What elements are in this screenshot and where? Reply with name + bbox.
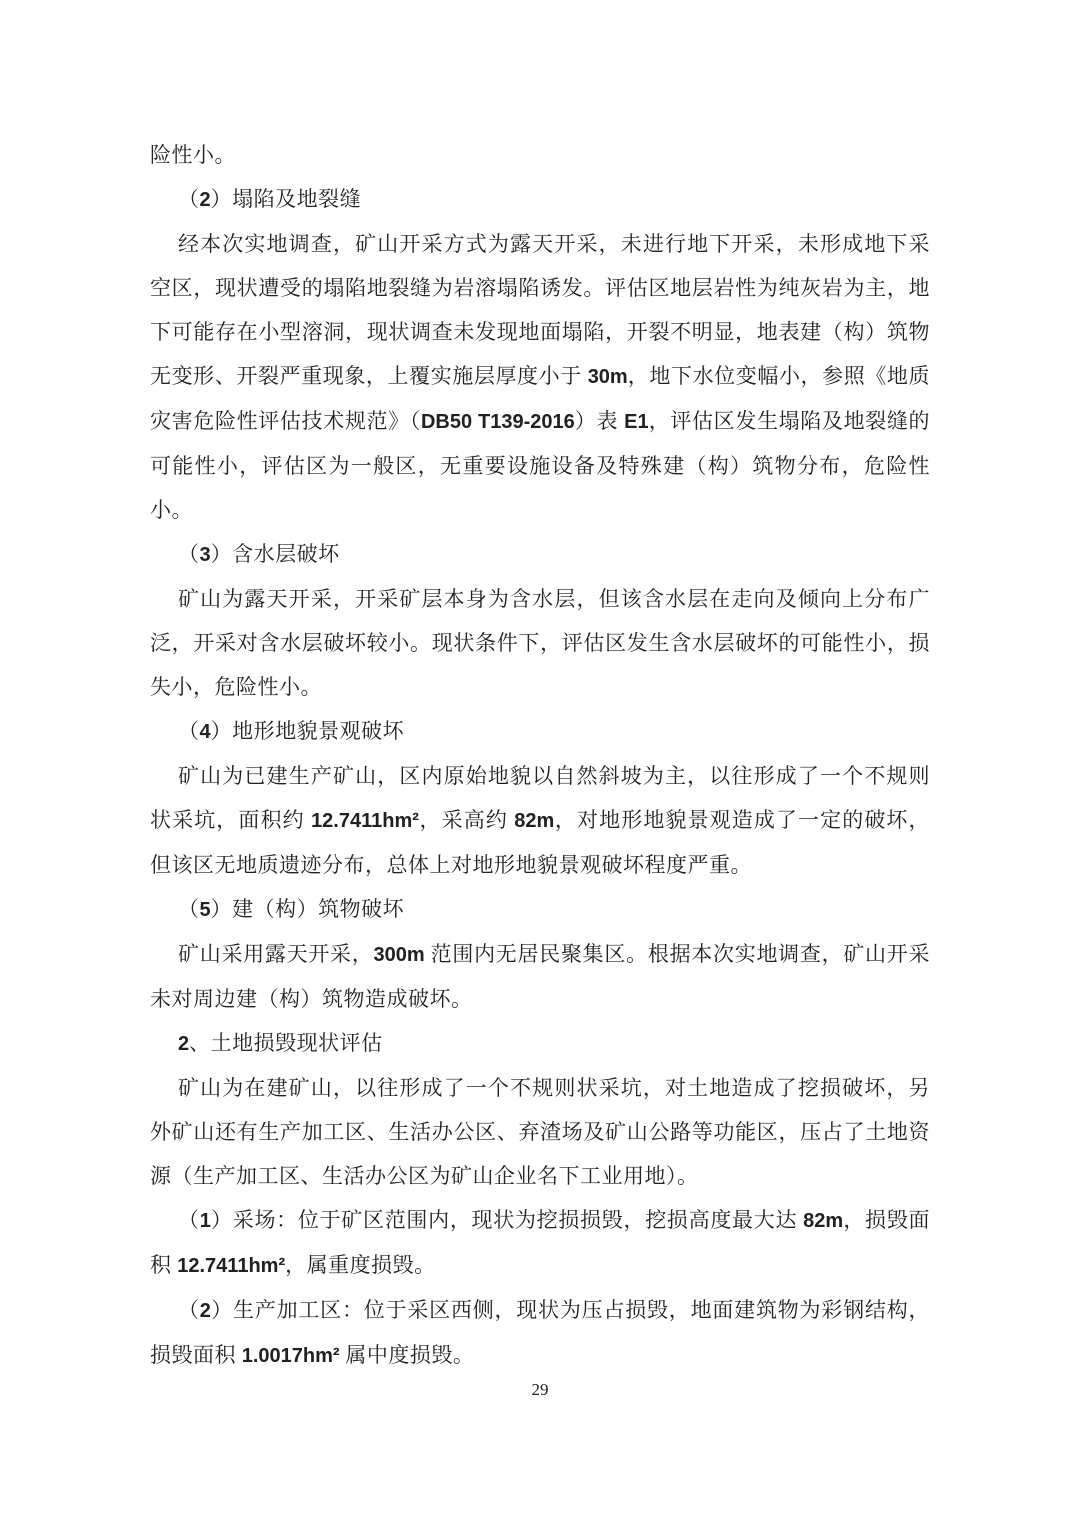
paragraph-item-1-mining-pit: （1）采场：位于矿区范围内，现状为挖损损毁，挖损高度最大达 82m，损毁面积 1…	[150, 1198, 930, 1288]
continuation-paragraph: 险性小。	[150, 133, 930, 177]
document-body: 险性小。 （2）塌陷及地裂缝 经本次实地调查，矿山开采方式为露天开采，未进行地下…	[150, 133, 930, 1378]
latin-text-run: 3	[200, 544, 211, 566]
latin-text-run: 30m	[588, 366, 628, 388]
page-number: 29	[532, 1380, 549, 1399]
latin-text-run: T139-2016	[478, 411, 575, 433]
latin-text-run: DB50	[421, 411, 472, 433]
latin-text-run: 12.7411hm²	[177, 1255, 285, 1277]
document-page: 险性小。 （2）塌陷及地裂缝 经本次实地调查，矿山开采方式为露天开采，未进行地下…	[0, 0, 1074, 1520]
heading-5-building-damage: （5）建（构）筑物破坏	[150, 887, 930, 932]
heading-2-subsidence-fissure: （2）塌陷及地裂缝	[150, 177, 930, 222]
paragraph-building-assessment: 矿山采用露天开采，300m 范围内无居民聚集区。根据本次实地调查，矿山开采未对周…	[150, 932, 930, 1021]
latin-text-run: 1.0017hm²	[242, 1345, 340, 1367]
paragraph-aquifer-assessment: 矿山为露天开采，开采矿层本身为含水层，但该含水层在走向及倾向上分布广泛，开采对含…	[150, 577, 930, 709]
latin-text-run: 82m	[514, 810, 554, 832]
heading-land-damage-status: 2、土地损毁现状评估	[150, 1021, 930, 1066]
latin-text-run: 82m	[803, 1210, 843, 1232]
heading-4-landscape-damage: （4）地形地貌景观破坏	[150, 709, 930, 754]
latin-text-run: 300m	[374, 944, 425, 966]
page-footer: 29	[150, 1377, 930, 1403]
latin-text-run: 1	[200, 1210, 211, 1232]
paragraph-landscape-assessment: 矿山为已建生产矿山，区内原始地貌以自然斜坡为主，以往形成了一个不规则状采坑，面积…	[150, 754, 930, 887]
paragraph-subsidence-assessment: 经本次实地调查，矿山开采方式为露天开采，未进行地下开采，未形成地下采空区，现状遭…	[150, 222, 930, 532]
paragraph-land-damage-overview: 矿山为在建矿山，以往形成了一个不规则状采坑，对土地造成了挖损破坏，另外矿山还有生…	[150, 1066, 930, 1198]
latin-text-run: 2	[200, 189, 211, 211]
latin-text-run: 2	[178, 1033, 189, 1055]
latin-text-run: 12.7411hm²	[311, 810, 419, 832]
latin-text-run: 4	[200, 721, 211, 743]
latin-text-run: E1	[624, 411, 648, 433]
heading-3-aquifer-damage: （3）含水层破坏	[150, 532, 930, 577]
latin-text-run: 2	[200, 1300, 211, 1322]
paragraph-item-2-processing-area: （2）生产加工区：位于采区西侧，现状为压占损毁，地面建筑物为彩钢结构，损毁面积 …	[150, 1288, 930, 1378]
latin-text-run: 5	[200, 899, 211, 921]
